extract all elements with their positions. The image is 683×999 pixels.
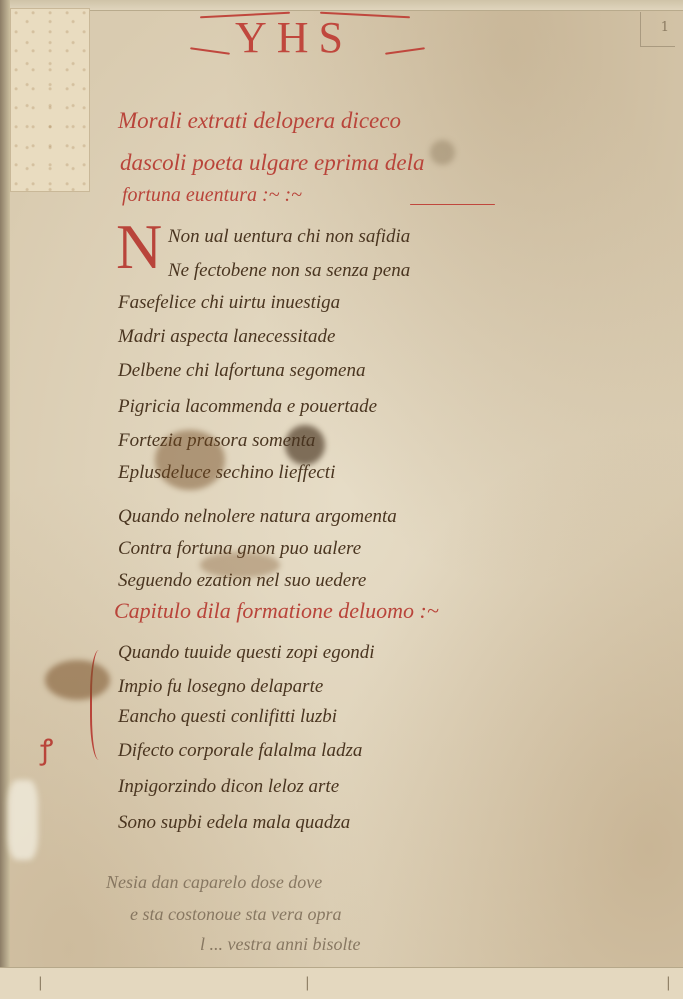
folio-frame: [640, 12, 675, 47]
chapter-rubric: Capitulo dila formatione deluomo :~: [114, 598, 439, 624]
bottom-mark: |: [666, 975, 671, 991]
verse-line: Eancho questi conlifitti luzbi: [118, 706, 337, 728]
later-annotation-line-3: l ... vestra anni bisolte: [200, 934, 361, 955]
manuscript-page: 1 YHS Morali extrati delopera diceco das…: [0, 0, 683, 999]
page-top-edge: [0, 0, 683, 11]
verse-line: Sono supbi edela mala quadza: [118, 812, 350, 834]
rubric-title-line-2: dascoli poeta ulgare eprima dela: [120, 150, 425, 176]
ink-stain: [200, 552, 280, 578]
verse-line: Non ual uentura chi non safidia: [168, 226, 410, 248]
verse-line: Quando tuuide questi zopi egondi: [118, 642, 374, 664]
rubric-title-line-3: fortuna euentura :~ :~: [122, 184, 302, 207]
later-annotation-line-1: Nesia dan caparelo dose dove: [106, 872, 322, 893]
bottom-mark: |: [38, 975, 43, 991]
verse-line: Fasefelice chi uirtu inuestiga: [118, 292, 340, 314]
ink-stain: [45, 660, 110, 700]
verse-line: Inpigorzindo dicon leloz arte: [118, 776, 339, 798]
decorated-initial-n: N: [116, 210, 162, 284]
verse-line: Pigricia lacommenda e pouertade: [118, 396, 377, 418]
verse-line: Impio fu losegno delaparte: [118, 676, 323, 698]
verse-line: Ne fectobene non sa senza pena: [168, 260, 410, 282]
later-annotation-line-2: e sta costonoue sta vera opra: [130, 904, 341, 925]
verse-line: Delbene chi lafortuna segomena: [118, 360, 365, 382]
paper-stain: [430, 140, 455, 165]
verse-line: Eplusdeluce sechino lieffecti: [118, 462, 335, 484]
ink-stain: [155, 430, 225, 490]
rubric-title-line-1: Morali extrati delopera diceco: [118, 108, 401, 134]
monogram-tilde-right: [385, 47, 425, 55]
ink-stain: [285, 425, 325, 465]
paper-repair-patch: [10, 8, 90, 192]
verse-line: Difecto corporale falalma ladza: [118, 740, 362, 762]
folio-number: 1: [661, 20, 669, 35]
paper-loss: [8, 780, 38, 860]
verse-line: Madri aspecta lanecessitade: [118, 326, 335, 348]
margin-flourish-curl: ꝭ: [40, 730, 53, 768]
monogram-tilde-left: [190, 47, 230, 55]
verse-line: Quando nelnolere natura argomenta: [118, 506, 397, 528]
yhs-monogram: YHS: [235, 12, 353, 63]
rubric-line-filler: [410, 204, 495, 205]
bottom-mark: |: [305, 975, 310, 991]
lower-leaf-edge: [0, 967, 683, 999]
